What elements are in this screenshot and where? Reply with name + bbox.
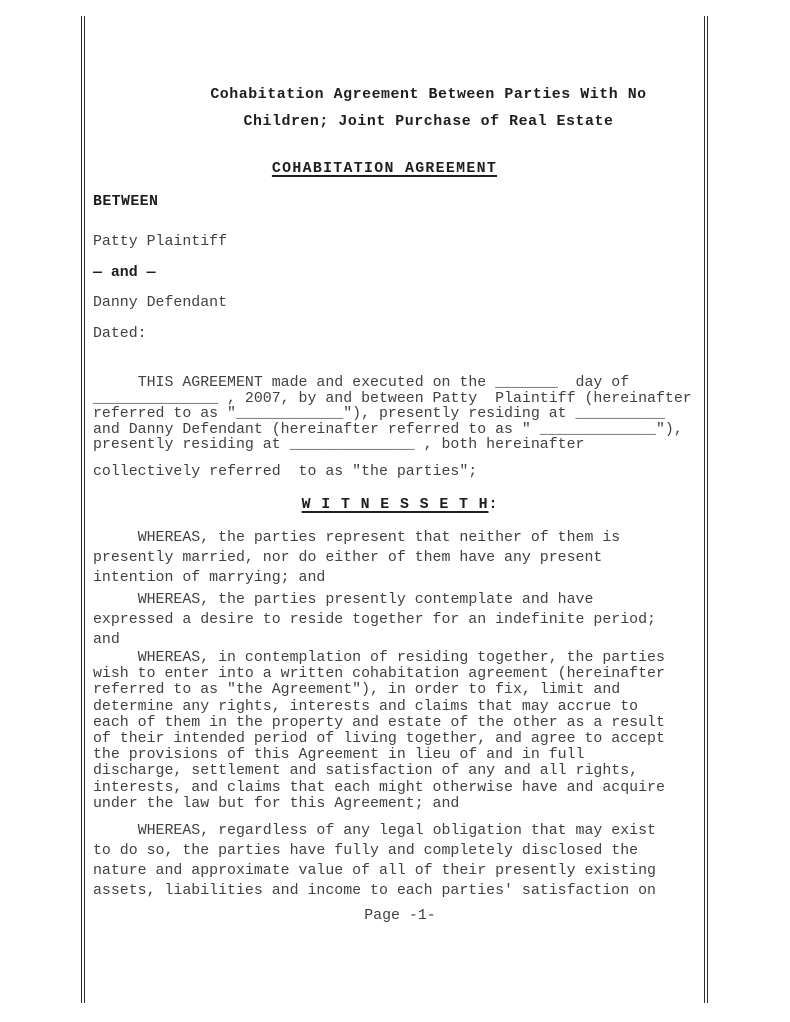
whereas-paragraph-2: WHEREAS, the parties presently contempla…: [93, 590, 707, 650]
page-left-border: [81, 16, 85, 1003]
party-plaintiff-name: Patty Plaintiff: [93, 227, 707, 258]
document-title: Cohabitation Agreement Between Parties W…: [93, 82, 707, 136]
agreement-heading-row: COHABITATION AGREEMENT: [93, 159, 707, 179]
witnesseth-text: W I T N E S S E T H: [302, 497, 489, 513]
agreement-intro-paragraph: THIS AGREEMENT made and executed on the …: [93, 376, 707, 454]
dated-label: Dated:: [93, 319, 707, 350]
between-label: BETWEEN: [93, 192, 707, 212]
whereas-paragraph-4: WHEREAS, regardless of any legal obligat…: [93, 821, 707, 901]
document-title-line2: Children; Joint Purchase of Real Estate: [150, 109, 707, 136]
collectively-line: collectively referred to as "the parties…: [93, 464, 707, 480]
whereas-paragraph-1: WHEREAS, the parties represent that neit…: [93, 528, 707, 588]
witnesseth-heading: W I T N E S S E T H:: [93, 495, 707, 515]
page-number: Page -1-: [93, 906, 707, 926]
agreement-heading: COHABITATION AGREEMENT: [272, 161, 497, 177]
parties-block: Patty Plaintiff — and — Danny Defendant …: [93, 227, 707, 349]
document-title-line1: Cohabitation Agreement Between Parties W…: [150, 82, 707, 109]
whereas-paragraph-3: WHEREAS, in contemplation of residing to…: [93, 650, 707, 812]
and-separator: — and —: [93, 258, 707, 289]
document-content: Cohabitation Agreement Between Parties W…: [93, 0, 707, 926]
party-defendant-name: Danny Defendant: [93, 288, 707, 319]
witnesseth-colon: :: [489, 497, 499, 513]
